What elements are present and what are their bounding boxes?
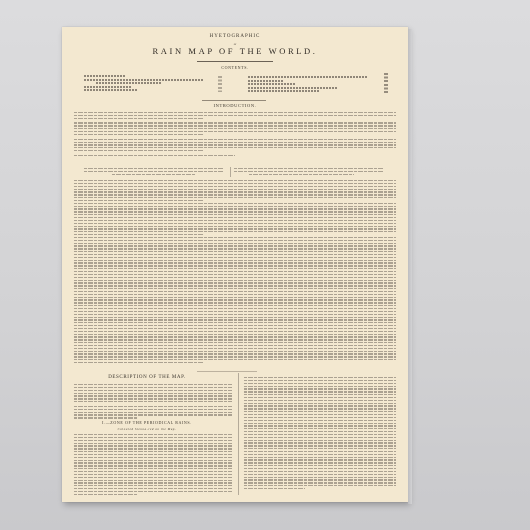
contents-entry (84, 86, 132, 88)
contents-left-pages (218, 76, 222, 92)
title-rule (197, 61, 273, 62)
contents-entry (84, 89, 138, 91)
description-text (74, 384, 232, 420)
rainfall-table-left (84, 168, 224, 177)
contents-left-list (84, 75, 204, 93)
contents-entry (84, 79, 204, 81)
zone-subheading: Coloured Sienna-red on the Map. (62, 427, 232, 431)
introduction-text (74, 112, 396, 158)
contents-rule (202, 100, 266, 101)
body-text (74, 180, 396, 365)
description-heading: DESCRIPTION OF THE MAP. (62, 375, 232, 380)
contents-entry (248, 83, 296, 85)
section-rule (197, 371, 257, 372)
contents-right-list (248, 76, 368, 94)
contents-heading: CONTENTS. (62, 65, 408, 70)
introduction-heading: INTRODUCTION. (62, 103, 408, 108)
document-title: RAIN MAP OF THE WORLD. (62, 46, 408, 56)
poster-sheet: HYETOGRAPHIC or RAIN MAP OF THE WORLD. C… (62, 27, 408, 502)
right-column-text (244, 377, 396, 491)
zone-text (74, 434, 232, 497)
contents-entry (96, 82, 162, 84)
contents-entry (248, 90, 320, 92)
poster-edge-shadow (408, 29, 412, 504)
rainfall-table-right (234, 168, 384, 177)
contents-entry (248, 76, 368, 78)
zone-heading: I.—ZONE OF THE PERIODICAL RAINS. (62, 420, 232, 425)
contents-entry (248, 80, 284, 82)
contents-right-pages (384, 73, 388, 93)
contents-entry (84, 75, 126, 77)
table-divider (230, 167, 231, 177)
document-supertitle: HYETOGRAPHIC (62, 34, 408, 39)
column-divider (238, 373, 239, 495)
contents-entry (248, 87, 338, 89)
